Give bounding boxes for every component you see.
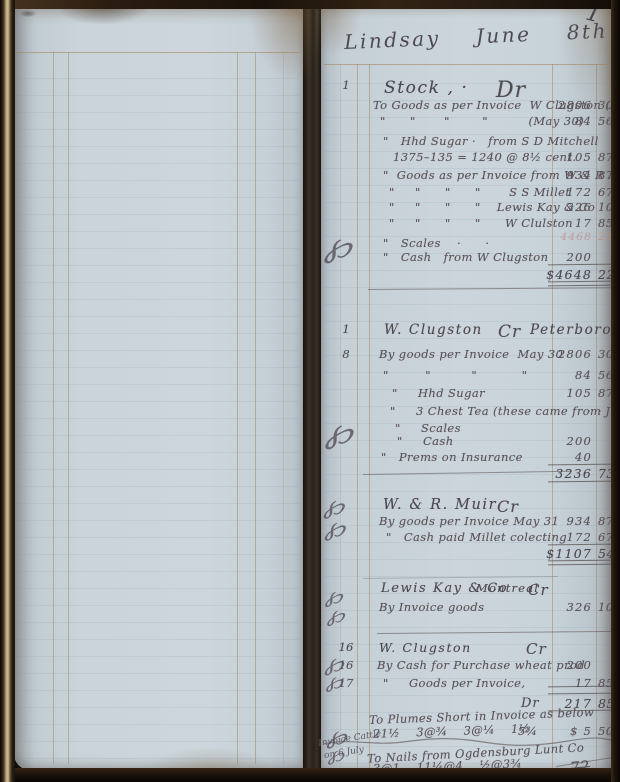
- amount-dollars: 172: [542, 530, 592, 544]
- amount-underline: [548, 284, 614, 286]
- entry-text: W. & R. Muir: [383, 497, 497, 513]
- amount-dollars: 200: [542, 658, 592, 672]
- dr-cr-label: Cr: [528, 581, 549, 599]
- amount-dollars: 934: [542, 168, 592, 182]
- dr-cr-label: Cr: [498, 322, 521, 342]
- amount-dollars: 200: [542, 250, 592, 264]
- book-edge-bottom: [0, 768, 620, 782]
- amount-dollars: 172: [542, 185, 592, 199]
- entry-text: Stock , ·: [384, 78, 469, 98]
- entry-text: " Cash: [397, 434, 454, 448]
- amount-underline: [548, 693, 614, 695]
- amount-dollars: 17: [542, 676, 592, 690]
- book-cover-right: [611, 0, 620, 782]
- amount-underline: [548, 264, 614, 266]
- amount-dollars: 326: [542, 600, 592, 614]
- section-divider-line: [377, 631, 617, 634]
- book-binding-top: [0, 0, 620, 9]
- entry-text: By goods per Invoice May 31: [379, 514, 559, 528]
- amount-dollars: 84: [542, 114, 592, 128]
- amount-dollars: $4648: [542, 267, 592, 282]
- amount-underline: [548, 481, 614, 483]
- amount-dollars: ·: [542, 404, 592, 418]
- posting-mark: ℘: [324, 513, 347, 543]
- book-gutter: [302, 0, 322, 782]
- day-number: 1: [333, 322, 359, 336]
- book-page-edges-left: [0, 0, 15, 782]
- amount-dollars: 326: [542, 200, 592, 214]
- amount-dollars: 40: [542, 450, 592, 464]
- day-number: 8: [333, 347, 359, 361]
- entry-text: " Hhd Sugar · from S D Mitchell: [383, 134, 599, 148]
- entry-text: " Goods per Invoice,: [383, 676, 525, 690]
- entry-text: W. Clugston: [379, 640, 472, 655]
- amount-underline: [548, 563, 614, 565]
- amount-dollars: 200: [542, 434, 592, 448]
- entry-text: By goods per Invoice May 30: [379, 347, 563, 361]
- entry-text: " Cash from W Clugston: [383, 250, 548, 264]
- entry-text: By Invoice goods: [379, 600, 484, 614]
- amount-dollars: 934: [542, 514, 592, 528]
- amount-dollars: 105: [542, 386, 592, 400]
- amount-dollars: 2806: [542, 98, 592, 112]
- day-number: 1: [333, 78, 359, 92]
- posting-mark: ℘: [326, 603, 345, 628]
- amount-underline: [548, 281, 614, 283]
- section-divider-line: [363, 576, 558, 579]
- section-divider-line: [368, 287, 617, 290]
- dr-cr-label: Cr: [526, 640, 547, 658]
- entry-text: " " " ": [383, 368, 527, 382]
- amount-dollars: 3236: [542, 466, 592, 481]
- amount-dollars: 105: [542, 150, 592, 164]
- amount-dollars: 84: [542, 368, 592, 382]
- amount-dollars: $1107: [542, 546, 592, 561]
- entry-text: " Scales · ·: [383, 236, 489, 250]
- amount-underline: [548, 560, 614, 562]
- entry-text: " Prems on Insurance: [381, 450, 523, 464]
- entry-text: " Hhd Sugar: [392, 386, 485, 400]
- amount-dollars: 17: [542, 216, 592, 230]
- entry-text: " Cash paid Millet colecting: [386, 530, 567, 544]
- amount-dollars: 2806: [542, 347, 592, 361]
- entry-date-heading: Lindsay June 8th 1860,: [344, 14, 620, 54]
- entry-text: " Scales: [395, 421, 461, 435]
- ledger-book-scan: Lindsay June 8th 1860, 1 1Stock , ·DrTo …: [0, 0, 620, 782]
